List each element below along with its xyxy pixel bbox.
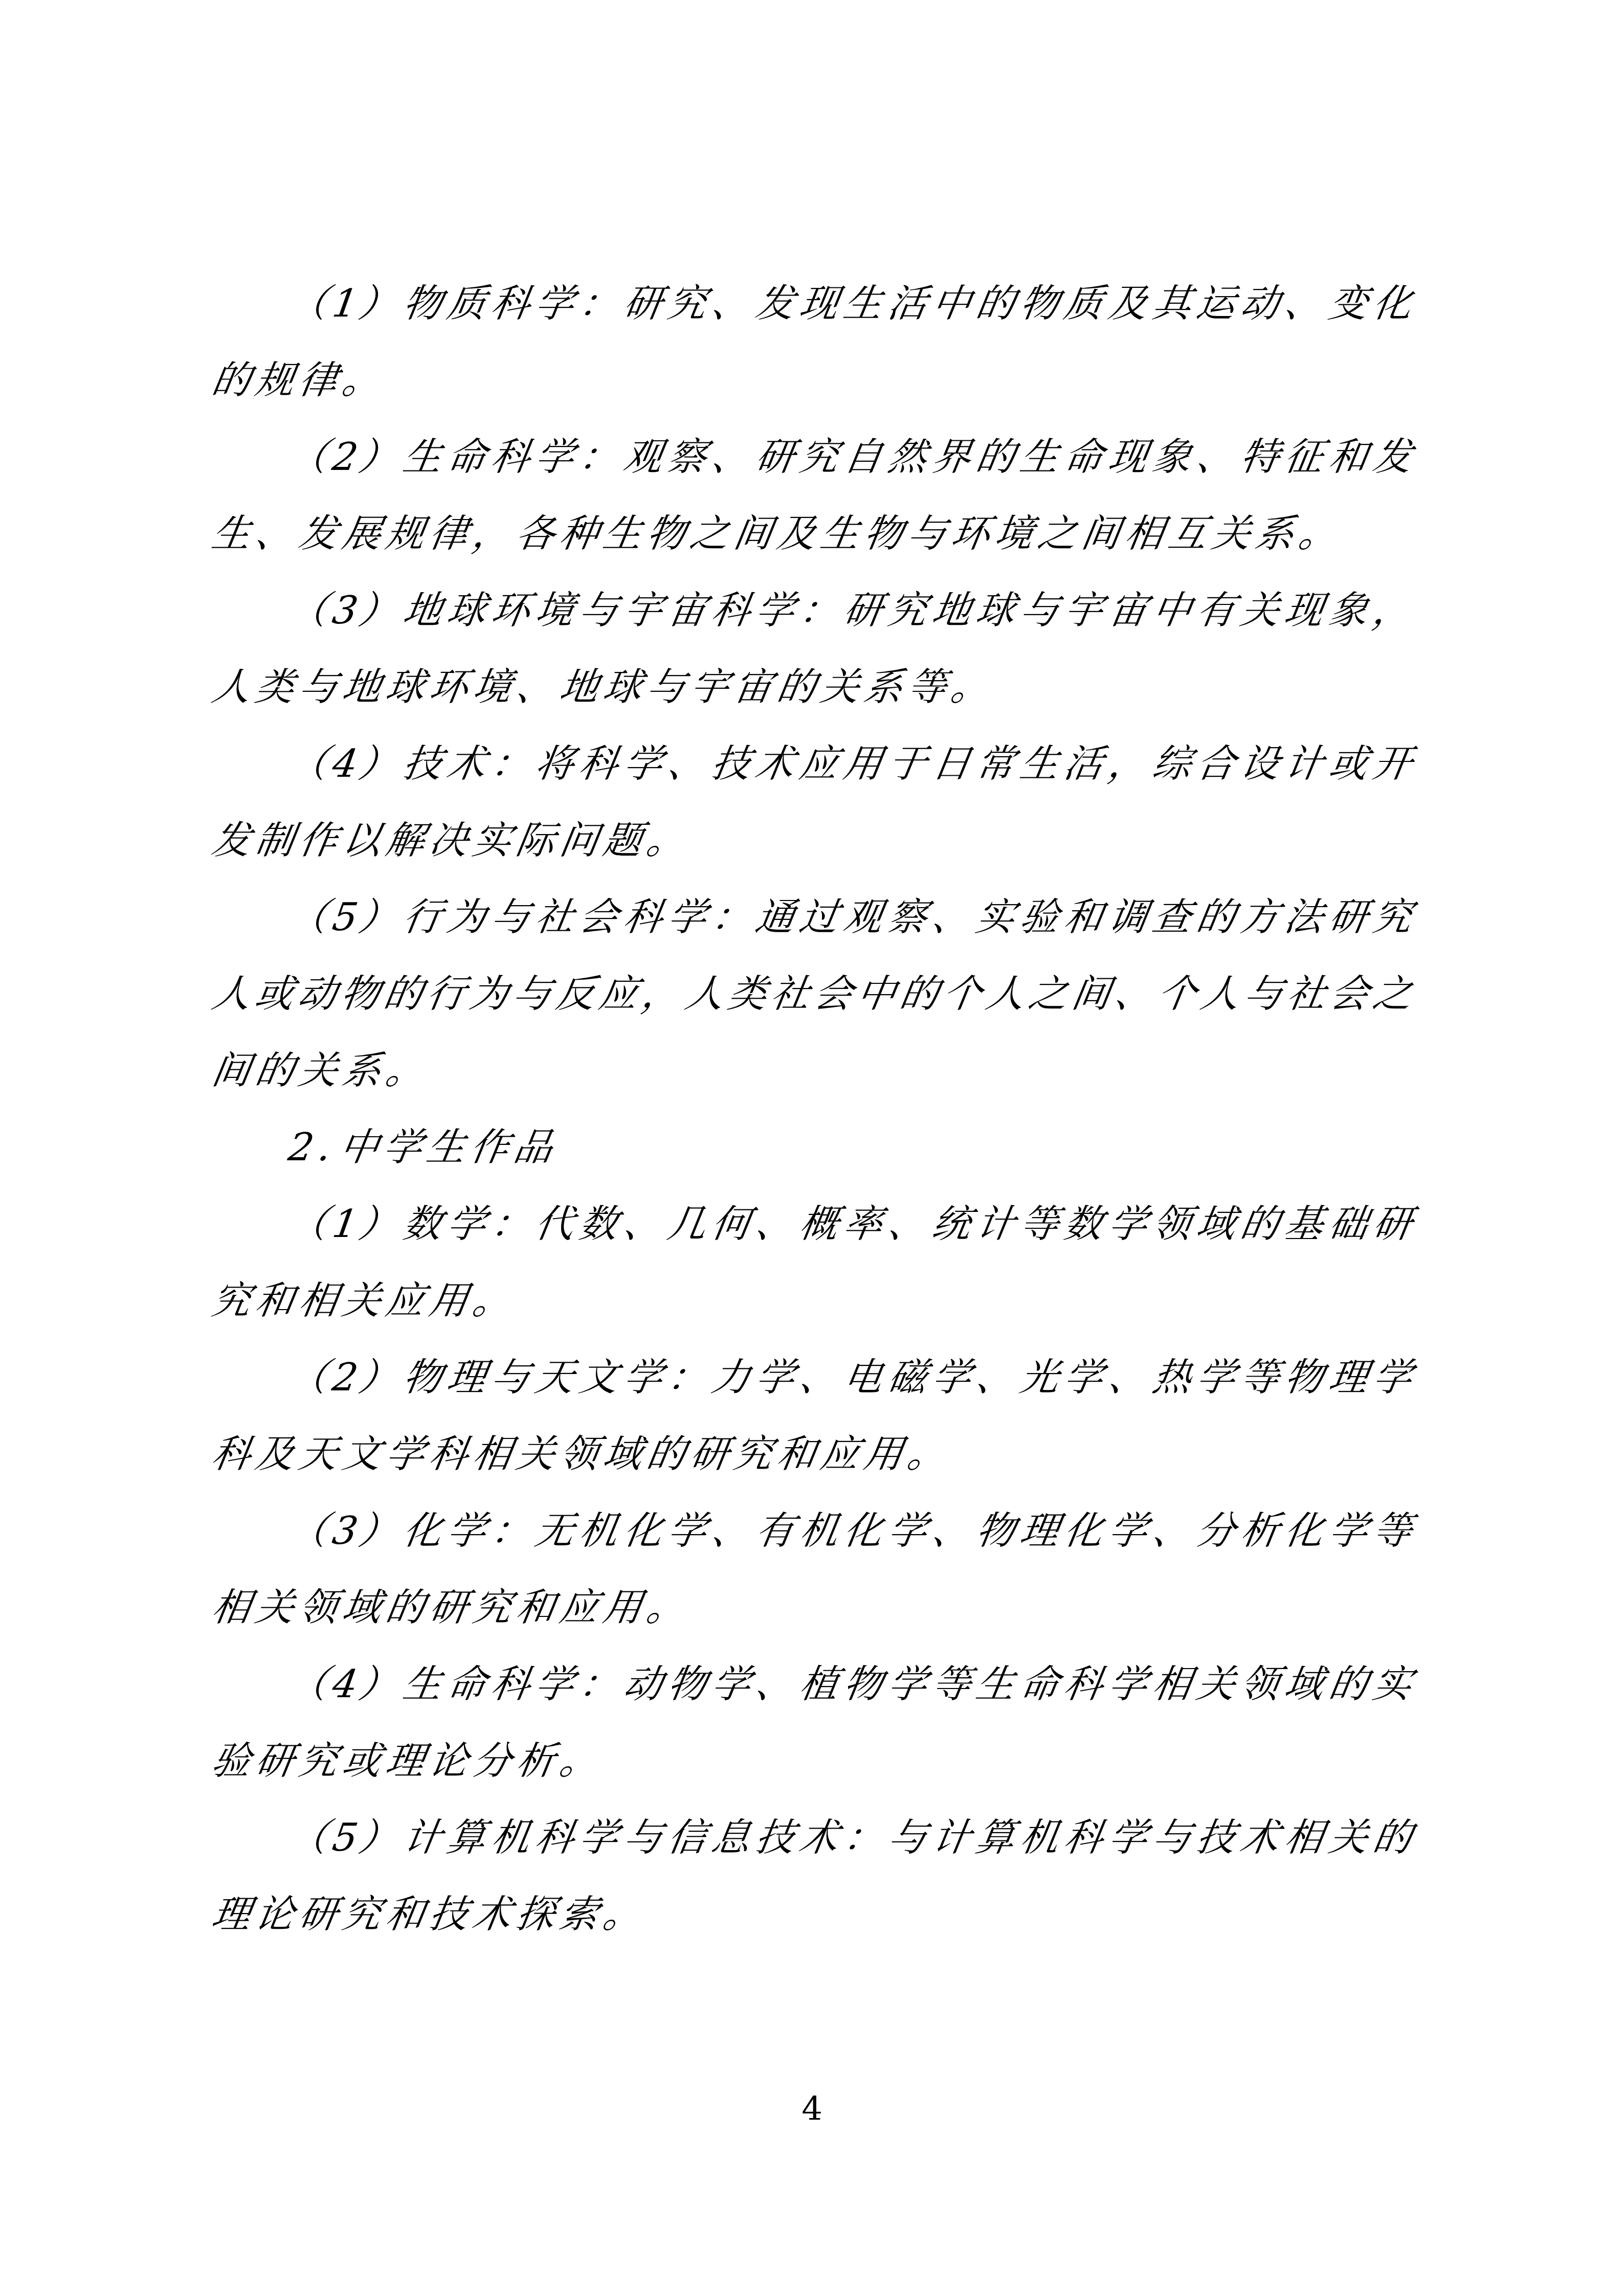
character: ，: [1370, 591, 1415, 629]
character: 实: [1370, 1665, 1415, 1703]
character: （: [286, 1512, 330, 1550]
character: 界: [929, 438, 974, 476]
character: 1: [330, 1205, 357, 1243]
character: 与: [510, 975, 554, 1013]
text-line: （5）行为与社会科学：通过观察、实验和调查的方法研究: [212, 879, 1412, 955]
character: 。: [470, 1281, 515, 1320]
character: 间: [209, 1051, 254, 1090]
document-body: （1）物质科学：研究、发现生活中的物质及其运动、变化的规律。（2）生命科学：观察…: [212, 265, 1412, 1952]
text-line: 发制作以解决实际问题。: [212, 802, 1412, 879]
character: 学: [1106, 1818, 1150, 1857]
character: 球: [600, 668, 645, 706]
character: 、: [621, 1205, 665, 1243]
character: （: [286, 1665, 330, 1703]
character: 、: [973, 1358, 1018, 1397]
character: 环: [488, 591, 533, 629]
text-line: 理论研究和技术探索。: [212, 1876, 1412, 1952]
character: 律: [427, 514, 471, 553]
character: （: [286, 438, 330, 476]
character: 和: [514, 1588, 558, 1627]
character: 宇: [687, 668, 732, 706]
character: 几: [665, 1205, 709, 1243]
character: 学: [753, 591, 797, 629]
character: ，: [470, 514, 515, 553]
character: 作: [468, 1128, 512, 1166]
character: 数: [1061, 1205, 1106, 1243]
character: 数: [401, 1205, 445, 1243]
character: ，: [639, 975, 684, 1013]
character: 象: [1326, 591, 1371, 629]
character: （: [286, 591, 330, 629]
character: 文: [340, 1435, 384, 1473]
character: 域: [340, 1588, 384, 1627]
character: 3: [330, 591, 357, 629]
character: 技: [753, 1818, 797, 1857]
character: 特: [1238, 438, 1282, 476]
character: 的: [1326, 1665, 1371, 1703]
character: 科: [1061, 1818, 1106, 1857]
character: 之: [1370, 975, 1415, 1013]
character: 。: [600, 1895, 645, 1933]
character: 、: [1106, 1358, 1150, 1397]
text-line: （1）数学：代数、几何、概率、统计等数学领域的基础研: [212, 1185, 1412, 1262]
character: 应: [818, 1435, 862, 1473]
text-line: （4）技术：将科学、技术应用于日常生活，综合设计或开: [212, 725, 1412, 802]
character: 学: [532, 438, 577, 476]
character: 化: [1370, 284, 1415, 323]
character: 及: [774, 514, 819, 553]
character: 电: [841, 1358, 885, 1397]
character: 物: [973, 1512, 1018, 1550]
character: 球: [444, 591, 489, 629]
character: 变: [1326, 284, 1371, 323]
character: 物: [861, 514, 906, 553]
character: 系: [1253, 514, 1297, 553]
character: ：: [488, 1512, 533, 1550]
character: 综: [1150, 745, 1194, 783]
text-line: 究和相关应用。: [212, 1262, 1412, 1339]
character: （: [286, 745, 330, 783]
paragraph: （3）化学：无机化学、有机化学、物理化学、分析化学等相关领域的研究和应用。: [212, 1492, 1412, 1646]
character: 的: [897, 975, 942, 1013]
character: ）: [356, 898, 401, 936]
character: 社: [768, 975, 813, 1013]
character: 生: [841, 284, 885, 323]
character: （: [286, 284, 330, 323]
character: 科: [532, 1818, 577, 1857]
character: 、: [514, 668, 558, 706]
character: ：: [797, 591, 841, 629]
character: ：: [576, 1665, 621, 1703]
character: 关: [253, 1588, 297, 1627]
character: 境: [992, 514, 1036, 553]
character: 环: [948, 514, 993, 553]
character: 和: [383, 1895, 428, 1933]
character: 宇: [1061, 591, 1106, 629]
character: ）: [356, 1665, 401, 1703]
character: 品: [511, 1128, 555, 1166]
character: 反: [553, 975, 598, 1013]
character: 学: [1370, 1358, 1415, 1397]
character: 与: [644, 668, 688, 706]
character: 通: [753, 898, 797, 936]
character: 学: [444, 1205, 489, 1243]
text-line: （5）计算机科学与信息技术：与计算机科学与技术相关的: [212, 1799, 1412, 1876]
character: 科: [209, 1435, 254, 1473]
character: 科: [709, 591, 753, 629]
character: 学: [383, 1435, 428, 1473]
character: 究: [731, 1435, 775, 1473]
character: 个: [940, 975, 985, 1013]
character: 现: [1282, 591, 1326, 629]
character: 4: [330, 1665, 357, 1703]
character: 生: [1017, 438, 1062, 476]
character: 命: [444, 438, 489, 476]
character: 质: [444, 284, 489, 323]
character: 等: [1017, 1205, 1062, 1243]
paragraph: （1）数学：代数、几何、概率、统计等数学领域的基础研究和相关应用。: [212, 1185, 1412, 1339]
character: ）: [356, 1358, 401, 1397]
character: 。: [948, 668, 993, 706]
character: 论: [253, 1895, 297, 1933]
character: ：: [488, 1205, 533, 1243]
character: 决: [427, 821, 471, 860]
character: 研: [1370, 1205, 1415, 1243]
character: 研: [253, 1742, 297, 1780]
character: 物: [401, 284, 445, 323]
character: 、: [797, 1358, 841, 1397]
character: 理: [383, 1742, 428, 1780]
character: 关: [1209, 514, 1254, 553]
character: 的: [209, 361, 254, 399]
character: 机: [1017, 1818, 1062, 1857]
character: 究: [885, 591, 930, 629]
character: ：: [841, 1818, 885, 1857]
character: 学: [1326, 1512, 1371, 1550]
character: 作: [296, 821, 341, 860]
character: 有: [753, 1512, 797, 1550]
character: 技: [401, 745, 445, 783]
text-line: 2.中学生作品: [212, 1109, 1412, 1185]
text-line: 人或动物的行为与反应，人类社会中的个人之间、个人与社会之: [212, 955, 1412, 1032]
character: 中: [929, 284, 974, 323]
character: 。: [340, 361, 384, 399]
character: 算: [444, 1818, 489, 1857]
character: 种: [557, 514, 602, 553]
character: 过: [797, 898, 841, 936]
character: 、: [753, 1665, 797, 1703]
character: 常: [973, 745, 1018, 783]
character: 行: [424, 975, 469, 1013]
character: 人: [209, 975, 254, 1013]
character: 领: [1238, 1665, 1282, 1703]
character: 术: [470, 1895, 515, 1933]
character: 化: [841, 1512, 885, 1550]
character: 关: [1326, 1818, 1371, 1857]
character: 查: [1150, 898, 1194, 936]
paragraph: （5）行为与社会科学：通过观察、实验和调查的方法研究人或动物的行为与反应，人类社…: [212, 879, 1412, 1109]
character: 关: [514, 1435, 558, 1473]
character: 与: [905, 514, 949, 553]
text-line: 相关领域的研究和应用。: [212, 1569, 1412, 1646]
character: 析: [1238, 1512, 1282, 1550]
character: 制: [253, 821, 297, 860]
character: 与: [576, 591, 621, 629]
character: 的: [973, 438, 1018, 476]
character: 的: [973, 284, 1018, 323]
character: 物: [1017, 284, 1062, 323]
character: 数: [576, 1205, 621, 1243]
paragraph: （1）物质科学：研究、发现生活中的物质及其运动、变化的规律。: [212, 265, 1412, 418]
character: ）: [356, 745, 401, 783]
character: 究: [209, 1281, 254, 1320]
character: 察: [665, 438, 709, 476]
paragraph: （2）生命科学：观察、研究自然界的生命现象、特征和发生、发展规律，各种生物之间及…: [212, 418, 1412, 572]
character: 生: [1017, 745, 1062, 783]
character: 3: [330, 1512, 357, 1550]
character: ）: [356, 284, 401, 323]
character: 有: [1194, 591, 1238, 629]
character: 为: [444, 898, 489, 936]
character: 相: [1150, 1665, 1194, 1703]
character: 、: [665, 745, 709, 783]
character: 论: [427, 1742, 471, 1780]
character: 为: [467, 975, 511, 1013]
character: 设: [1238, 745, 1282, 783]
character: 相: [1122, 514, 1167, 553]
character: 用: [600, 1588, 645, 1627]
character: 和: [1326, 438, 1371, 476]
character: 无: [532, 1512, 577, 1550]
character: 究: [470, 1588, 515, 1627]
character: 宙: [731, 668, 775, 706]
character: 研: [296, 1895, 341, 1933]
character: 科: [488, 284, 533, 323]
document-page: （1）物质科学：研究、发现生活中的物质及其运动、变化的规律。（2）生命科学：观察…: [0, 0, 1624, 2296]
character: 现: [1106, 438, 1150, 476]
character: 研: [753, 438, 797, 476]
character: 技: [427, 1895, 471, 1933]
character: ，: [1106, 745, 1150, 783]
character: 理: [444, 1358, 489, 1397]
character: 、: [1112, 975, 1156, 1013]
character: 研: [1326, 898, 1371, 936]
character: 科: [621, 898, 665, 936]
character: ）: [356, 438, 401, 476]
character: 生: [424, 1128, 469, 1166]
character: 验: [1017, 898, 1062, 936]
character: 关: [1194, 1665, 1238, 1703]
character: 、: [929, 1512, 974, 1550]
character: 与: [621, 1818, 665, 1857]
character: 科: [488, 1665, 533, 1703]
character: 磁: [885, 1358, 930, 1397]
character: 人: [983, 975, 1028, 1013]
character: 学: [1194, 1358, 1238, 1397]
text-line: （2）物理与天文学：力学、电磁学、光学、热学等物理学: [212, 1339, 1412, 1415]
character: 理: [1326, 1358, 1371, 1397]
character: ）: [356, 1512, 401, 1550]
character: 5: [330, 1818, 357, 1857]
character: 物: [665, 1665, 709, 1703]
character: 用: [841, 745, 885, 783]
character: 相: [470, 1435, 515, 1473]
character: 研: [427, 1588, 471, 1627]
character: 、: [1194, 438, 1238, 476]
character: 命: [444, 1665, 489, 1703]
character: 。: [557, 1742, 602, 1780]
paragraph: （2）物理与天文学：力学、电磁学、光学、热学等物理学科及天文学科相关领域的研究和…: [212, 1339, 1412, 1492]
character: 分: [470, 1742, 515, 1780]
character: 学: [665, 1512, 709, 1550]
text-line: （3）地球环境与宇宙科学：研究地球与宇宙中有关现象，: [212, 572, 1412, 648]
character: 及: [253, 1435, 297, 1473]
character: 生: [401, 438, 445, 476]
character: 境: [470, 668, 515, 706]
character: 方: [1238, 898, 1282, 936]
character: 与: [1150, 1818, 1194, 1857]
character: 和: [1061, 898, 1106, 936]
character: 研: [841, 591, 885, 629]
character: 征: [1282, 438, 1326, 476]
character: 动: [1238, 284, 1282, 323]
character: 学: [621, 1358, 665, 1397]
character: 关: [340, 1281, 384, 1320]
character: 及: [1106, 284, 1150, 323]
character: 理: [1017, 1512, 1062, 1550]
character: 自: [841, 438, 885, 476]
character: 文: [576, 1358, 621, 1397]
character: 生: [401, 1665, 445, 1703]
character: 学: [1106, 1205, 1150, 1243]
character: 学: [1061, 1358, 1106, 1397]
character: 1: [330, 284, 357, 323]
character: 。: [644, 1588, 688, 1627]
text-line: 人类与地球环境、地球与宇宙的关系等。: [212, 648, 1412, 725]
character: 、: [1282, 284, 1326, 323]
character: 地: [401, 591, 445, 629]
character: 的: [383, 1588, 428, 1627]
character: 础: [1326, 1205, 1371, 1243]
character: 行: [401, 898, 445, 936]
character: 领: [296, 1588, 341, 1627]
character: 术: [1238, 1818, 1282, 1857]
character: 技: [1194, 1818, 1238, 1857]
character: 社: [1284, 975, 1329, 1013]
character: 之: [687, 514, 732, 553]
character: 用: [427, 1281, 471, 1320]
character: 或: [1326, 745, 1371, 783]
character: 律: [296, 361, 341, 399]
character: 2: [330, 438, 357, 476]
character: 、: [709, 1512, 753, 1550]
character: 应: [383, 1281, 428, 1320]
character: 理: [209, 1895, 254, 1933]
character: 法: [1282, 898, 1326, 936]
character: 的: [381, 975, 426, 1013]
character: 题: [600, 821, 645, 860]
character: 察: [885, 898, 930, 936]
character: 互: [1166, 514, 1210, 553]
character: 运: [1194, 284, 1238, 323]
character: 地: [929, 591, 974, 629]
character: 息: [709, 1818, 753, 1857]
character: 物: [841, 1665, 885, 1703]
character: 索: [557, 1895, 602, 1933]
paragraph: （5）计算机科学与信息技术：与计算机科学与技术相关的理论研究和技术探索。: [212, 1799, 1412, 1952]
character: ：: [488, 745, 533, 783]
character: 。: [644, 821, 688, 860]
text-line: 的规律。: [212, 342, 1412, 418]
character: 活: [1061, 745, 1106, 783]
character: 机: [488, 1818, 533, 1857]
character: 类: [725, 975, 770, 1013]
character: 物: [338, 975, 383, 1013]
text-line: 验研究或理论分析。: [212, 1722, 1412, 1799]
page-number: 4: [212, 2091, 1412, 2127]
paragraph: 2.中学生作品: [212, 1109, 1412, 1185]
character: 应: [797, 745, 841, 783]
character: 、: [253, 514, 297, 553]
character: 调: [1106, 898, 1150, 936]
character: 发: [209, 821, 254, 860]
character: 与: [488, 1358, 533, 1397]
character: 球: [383, 668, 428, 706]
text-line: 间的关系。: [212, 1032, 1412, 1109]
character: 会: [811, 975, 856, 1013]
character: 的: [774, 668, 819, 706]
character: 计: [401, 1818, 445, 1857]
character: 计: [973, 1205, 1018, 1243]
character: 的: [253, 1051, 297, 1090]
character: 研: [621, 284, 665, 323]
paragraph: （3）地球环境与宇宙科学：研究地球与宇宙中有关现象，人类与地球环境、地球与宇宙的…: [212, 572, 1412, 725]
character: 活: [885, 284, 930, 323]
character: 信: [665, 1818, 709, 1857]
character: 中: [337, 1128, 382, 1166]
character: 学: [929, 1358, 974, 1397]
character: （: [286, 1205, 330, 1243]
character: 之: [1035, 514, 1080, 553]
character: 动: [295, 975, 340, 1013]
character: 科: [576, 745, 621, 783]
character: 象: [1150, 438, 1194, 476]
character: 与: [1241, 975, 1286, 1013]
character: 于: [885, 745, 930, 783]
character: 的: [1238, 1205, 1282, 1243]
character: 系: [340, 1051, 384, 1090]
character: 会: [576, 898, 621, 936]
character: 发: [1370, 438, 1415, 476]
character: 究: [1370, 898, 1415, 936]
character: 2: [330, 1358, 357, 1397]
character: 化: [1061, 1512, 1106, 1550]
character: 命: [1061, 438, 1106, 476]
character: ：: [709, 898, 753, 936]
character: 人: [1198, 975, 1242, 1013]
character: 间: [731, 514, 775, 553]
character: 域: [1282, 1665, 1326, 1703]
character: 应: [557, 1588, 602, 1627]
character: 术: [797, 1818, 841, 1857]
character: 观: [621, 438, 665, 476]
paragraph: （4）技术：将科学、技术应用于日常生活，综合设计或开发制作以解决实际问题。: [212, 725, 1412, 879]
character: 间: [1079, 514, 1123, 553]
character: 研: [687, 1435, 732, 1473]
character: 各: [514, 514, 558, 553]
character: 用: [861, 1435, 906, 1473]
character: 概: [797, 1205, 841, 1243]
